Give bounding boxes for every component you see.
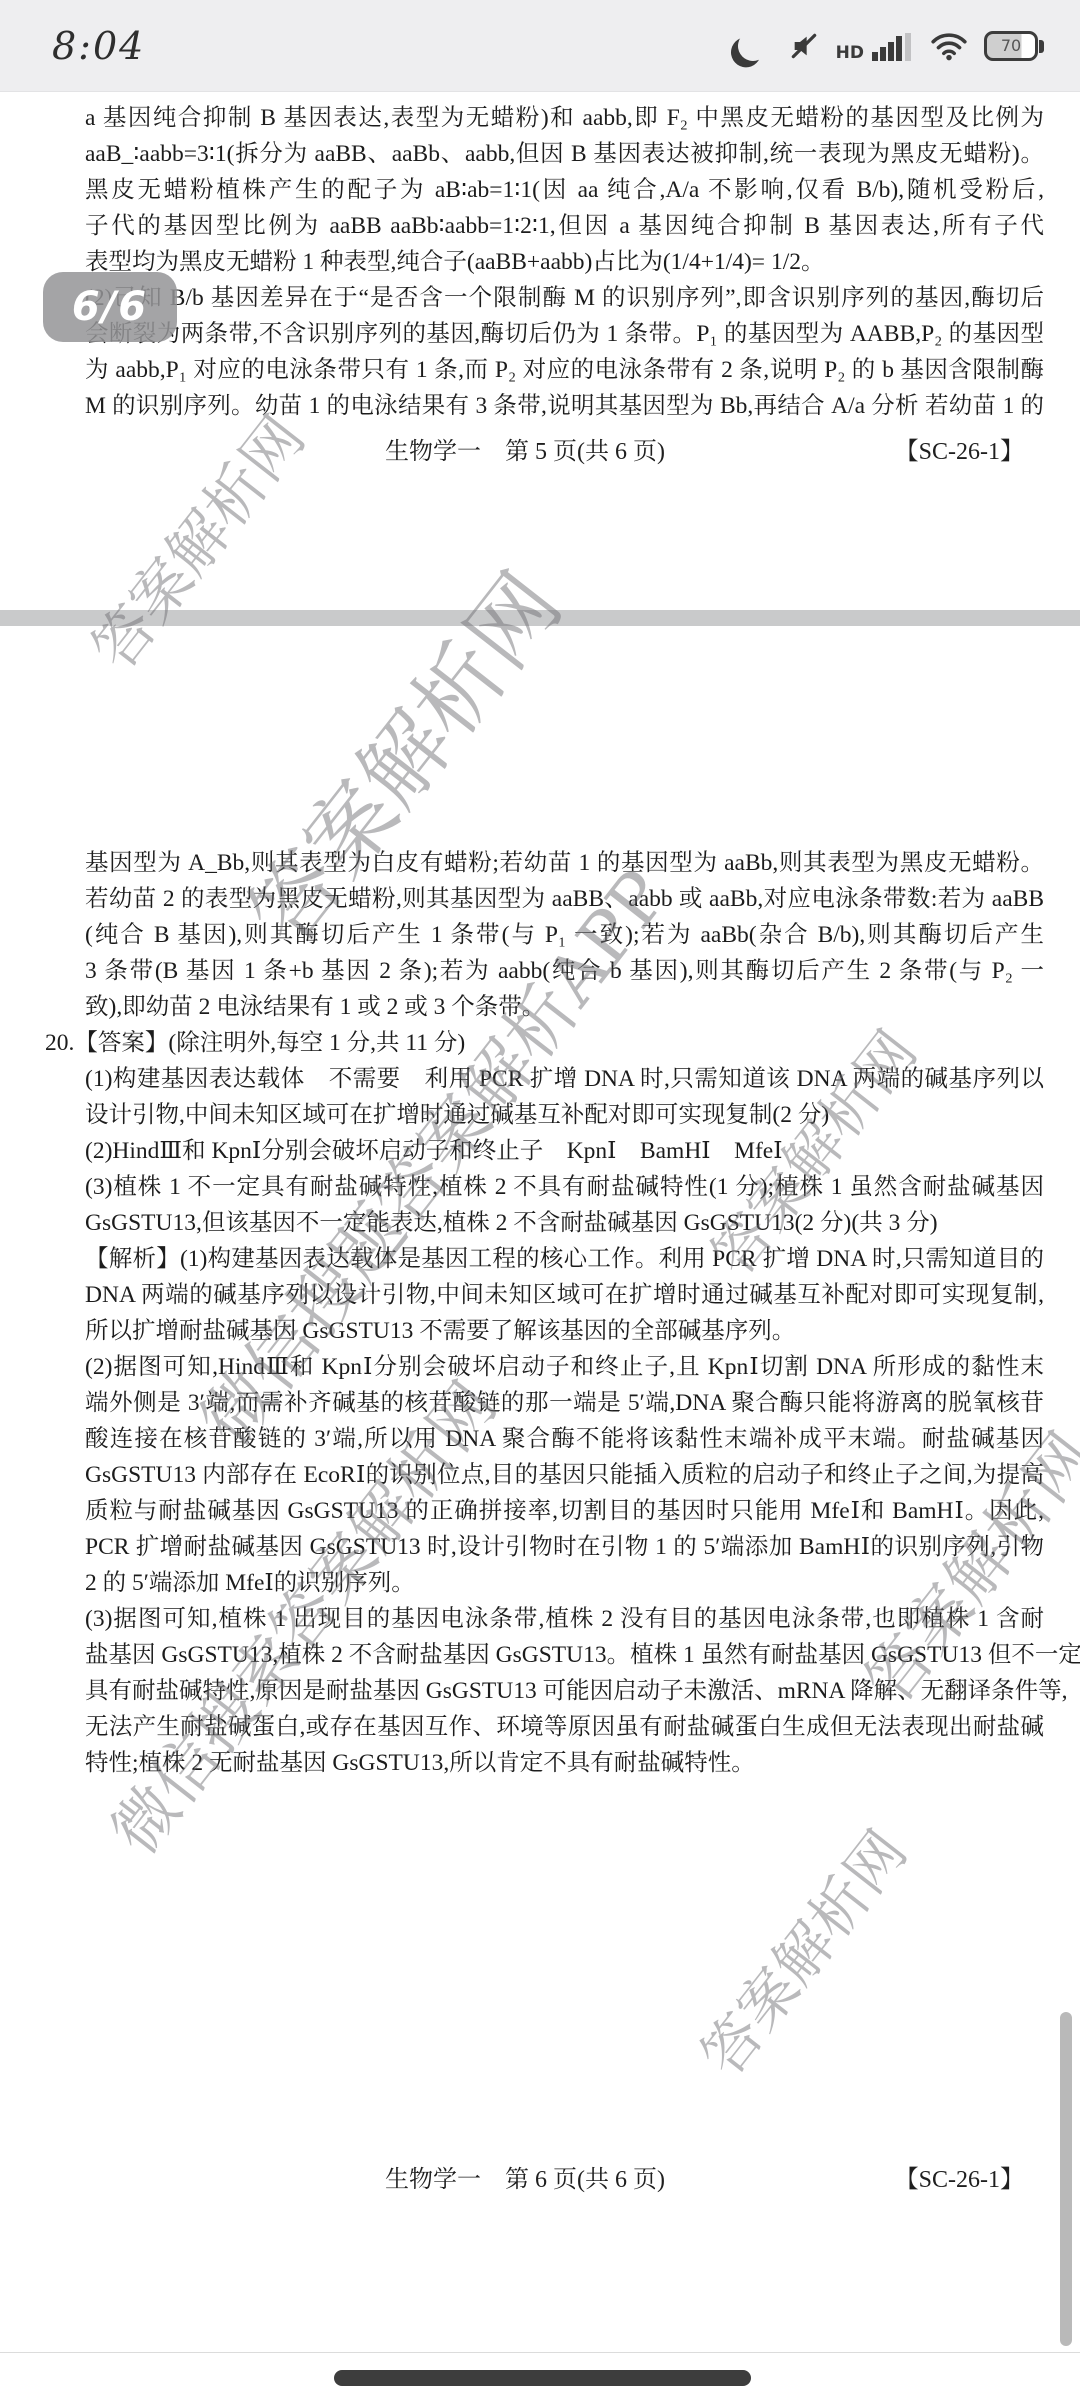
phone-screen: 8:04 HD 70 (0, 0, 1080, 2400)
signal-bars-icon (872, 31, 914, 61)
text-line: (1)构建基因表达载体 不需要 利用 PCR 扩增 DNA 时,只需知道该 DN… (85, 1061, 1044, 1097)
text-line: 端外侧是 3′端,而需补齐碱基的核苷酸链的那一端是 5′端,DNA 聚合酶只能将… (85, 1385, 1044, 1421)
text-line: 特性;植株 2 无耐盐基因 GsGSTU13,所以肯定不具有耐盐碱特性。 (85, 1745, 1044, 1781)
text-line: 具有耐盐碱特性,原因是耐盐基因 GsGSTU13 可能因启动子未激活、mRNA … (85, 1673, 1044, 1709)
page6-footer: 生物学一 第 6 页(共 6 页) 【SC-26-1】 (85, 2160, 1024, 2192)
text-line: (2)HindⅢ和 KpnⅠ分别会破坏启动子和终止子 KpnⅠ BamHⅠ Mf… (85, 1133, 1044, 1169)
text-line: 盐基因 GsGSTU13,植株 2 不含耐盐基因 GsGSTU13。植株 1 虽… (85, 1637, 1044, 1673)
page-separator (0, 610, 1080, 626)
text-line: GsGSTU13,但该基因不一定能表达,植株 2 不含耐盐碱基因 GsGSTU1… (85, 1205, 1044, 1241)
text-line: 设计引物,中间未知区域可在扩增时通过碱基互补配对即可实现复制(2 分) (85, 1097, 1044, 1133)
text-line: 致),即幼苗 2 电泳结果有 1 或 2 或 3 个条带。 (85, 989, 1044, 1025)
text-line: GsGSTU13 内部存在 EcoRⅠ的识别位点,目的基因只能插入质粒的启动子和… (85, 1457, 1044, 1493)
page6-footer-code: 【SC-26-1】 (895, 2159, 1024, 2194)
text-line: 黑皮无蜡粉植株产生的配子为 aB∶ab=1∶1(因 aa 纯合,A/a 不影响,… (85, 172, 1044, 208)
page5-text-block: a 基因纯合抑制 B 基因表达,表型为无蜡粉)和 aabb,即 F₂ 中黑皮无蜡… (85, 100, 1044, 424)
text-line: M 的识别序列。幼苗 1 的电泳结果有 3 条带,说明其基因型为 Bb,再结合 … (85, 388, 1044, 424)
page6-text-block: 基因型为 A_Bb,则其表型为白皮有蜡粉;若幼苗 1 的基因型为 aaBb,则其… (85, 845, 1044, 1781)
text-line: (纯合 B 基因),则其酶切后产生 1 条带(与 P₁ 一致);若为 aaBb(… (85, 917, 1044, 953)
text-line: 【解析】(1)构建基因表达载体是基因工程的核心工作。利用 PCR 扩增 DNA … (85, 1241, 1044, 1277)
watermark-text: 答案解析网 (678, 1810, 923, 2090)
text-line: (3)据图可知,植株 1 出现目的基因电泳条带,植株 2 没有目的基因电泳条带,… (85, 1601, 1044, 1637)
text-line: 无法产生耐盐碱蛋白,或存在基因互作、环境等原因虽有耐盐碱蛋白生成但无法表现出耐盐… (85, 1709, 1044, 1745)
status-icons: HD 70 (738, 29, 1038, 63)
status-bar: 8:04 HD 70 (0, 0, 1080, 92)
battery-percent: 70 (1001, 36, 1021, 55)
text-line: 为 aabb,P₁ 对应的电泳条带只有 1 条,而 P₂ 对应的电泳条带有 2 … (85, 352, 1044, 388)
page5-footer-code: 【SC-26-1】 (895, 431, 1024, 466)
text-line: 表型均为黑皮无蜡粉 1 种表型,纯合子(aaBB+aabb)占比为(1/4+1/… (85, 244, 1044, 280)
text-line: 3 条带(B 基因 1 条+b 基因 2 条);若为 aabb(纯合 b 基因)… (85, 953, 1044, 989)
system-navigation-bar (0, 2352, 1080, 2400)
wifi-icon (930, 31, 968, 61)
battery-icon: 70 (984, 31, 1038, 61)
text-line: PCR 扩增耐盐碱基因 GsGSTU13 时,设计引物时在引物 1 的 5′端添… (85, 1529, 1044, 1565)
gesture-pill[interactable] (334, 2370, 751, 2386)
hd-badge: HD (836, 43, 864, 63)
text-line: DNA 两端的碱基序列以设计引物,中间未知区域可在扩增时通过碱基互补配对即可实现… (85, 1277, 1044, 1313)
text-line: (2)据图可知,HindⅢ和 KpnⅠ分别会破坏启动子和终止子,且 KpnⅠ切割… (85, 1349, 1044, 1385)
text-line: 基因型为 A_Bb,则其表型为白皮有蜡粉;若幼苗 1 的基因型为 aaBb,则其… (85, 845, 1044, 881)
text-line: aaB_∶aabb=3∶1(拆分为 aaBB、aaBb、aabb,但因 B 基因… (85, 136, 1044, 172)
text-line: 酸连接在核苷酸链的 3′端,所以用 DNA 聚合酶不能将该黏性末端补成平末端。耐… (85, 1421, 1044, 1457)
text-line: 质粒与耐盐碱基因 GsGSTU13 的正确拼接率,切割目的基因时只能用 MfeⅠ… (85, 1493, 1044, 1529)
text-line: a 基因纯合抑制 B 基因表达,表型为无蜡粉)和 aabb,即 F₂ 中黑皮无蜡… (85, 100, 1044, 136)
text-line: (3)植株 1 不一定具有耐盐碱特性,植株 2 不具有耐盐碱特性(1 分);植株… (85, 1169, 1044, 1205)
page5-footer: 生物学一 第 5 页(共 6 页) 【SC-26-1】 (85, 432, 1024, 464)
text-line: 会断裂为两条带,不含识别序列的基因,酶切后仍为 1 条带。P₁ 的基因型为 AA… (85, 316, 1044, 352)
text-line: 20.【答案】(除注明外,每空 1 分,共 11 分) (45, 1025, 1044, 1061)
do-not-disturb-moon-icon (735, 28, 770, 63)
page-number-badge: 6/6 (43, 272, 177, 342)
scrollbar-thumb[interactable] (1060, 2012, 1072, 2346)
page6-footer-title: 生物学一 第 6 页(共 6 页) (385, 2159, 665, 2194)
clock: 8:04 (52, 24, 145, 68)
text-line: 所以扩增耐盐碱基因 GsGSTU13 不需要了解该基因的全部碱基序列。 (85, 1313, 1044, 1349)
page5-footer-title: 生物学一 第 5 页(共 6 页) (385, 431, 665, 466)
text-line: 子代的基因型比例为 aaBB aaBb∶aabb=1∶2∶1,但因 a 基因纯合… (85, 208, 1044, 244)
mute-vibrate-icon (788, 30, 820, 62)
text-line: 2 的 5′端添加 MfeⅠ的识别序列。 (85, 1565, 1044, 1601)
text-line: (2)已知 B/b 基因差异在于“是否含一个限制酶 M 的识别序列”,即含识别序… (85, 280, 1044, 316)
text-line: 若幼苗 2 的表型为黑皮无蜡粉,则其基因型为 aaBB、aabb 或 aaBb,… (85, 881, 1044, 917)
